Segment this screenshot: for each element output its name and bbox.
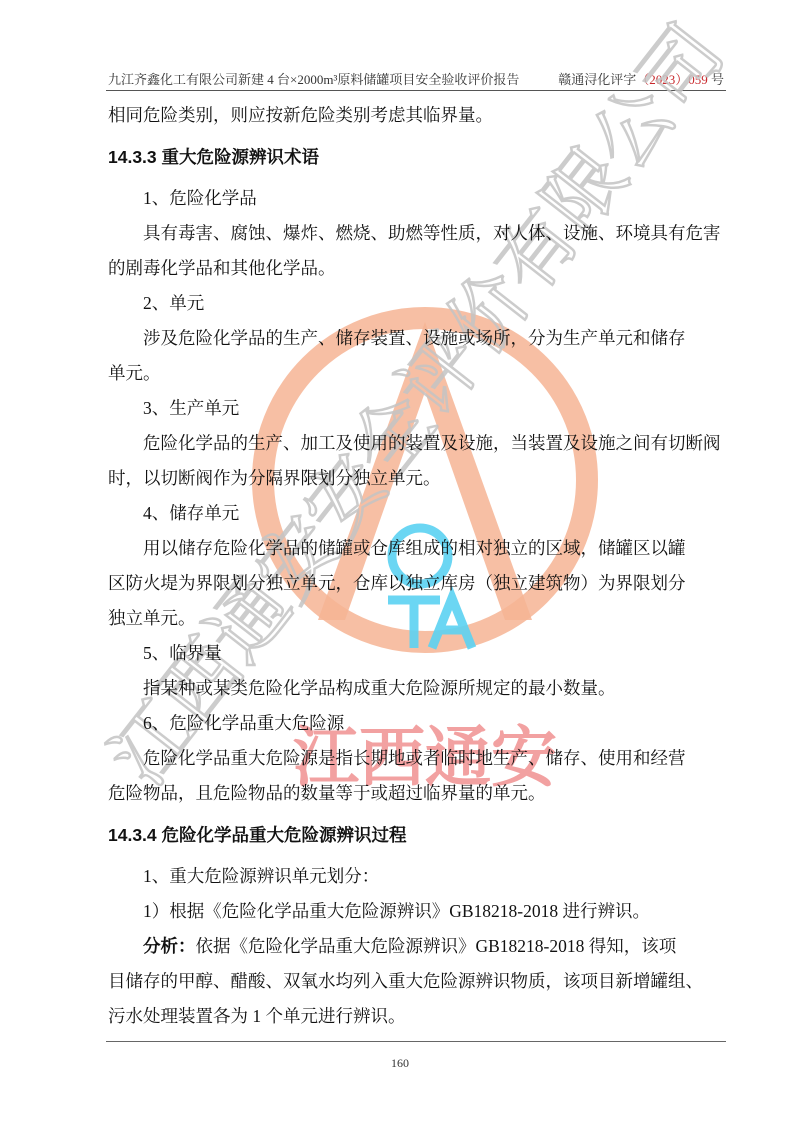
analysis-text: 目储存的甲醇、醋酸、双氧水均列入重大危险源辨识物质，该项目新增罐组、 [108, 964, 724, 999]
term-text: 危险化学品的生产、加工及使用的装置及设施，当装置及设施之间有切断阀 [108, 426, 724, 461]
document-body: 相同危险类别，则应按新危险类别考虑其临界量。 14.3.3 重大危险源辨识术语 … [108, 98, 724, 1034]
header-divider [106, 90, 726, 91]
term-text: 单元。 [108, 356, 724, 391]
term-text: 危险化学品重大危险源是指长期地或者临时地生产、储存、使用和经营 [108, 741, 724, 776]
analysis-paragraph: 分析：依据《危险化学品重大危险源辨识》GB18218-2018 得知，该项 [108, 929, 724, 964]
doc-no-year: （2023）059 [636, 72, 708, 87]
page-header: 九江齐鑫化工有限公司新建 4 台×2000m³原料储罐项目安全验收评价报告 赣通… [108, 66, 724, 88]
standard-reference-line: 1）根据《危险化学品重大危险源辨识》GB18218-2018 进行辨识。 [108, 894, 724, 929]
term-title: 3、生产单元 [108, 391, 724, 426]
doc-no-prefix: 赣通浔化评字 [558, 72, 636, 87]
term-text: 危险物品，且危险物品的数量等于或超过临界量的单元。 [108, 776, 724, 811]
section-heading-14-3-4: 14.3.4 危险化学品重大危险源辨识过程 [108, 817, 724, 853]
term-text: 用以储存危险化学品的储罐或仓库组成的相对独立的区域，储罐区以罐 [108, 531, 724, 566]
document-number: 赣通浔化评字（2023）059 号 [558, 69, 724, 88]
term-text: 具有毒害、腐蚀、爆炸、燃烧、助燃等性质，对人体、设施、环境具有危害 [108, 216, 724, 251]
term-title: 5、临界量 [108, 636, 724, 671]
document-page: 九江齐鑫化工有限公司新建 4 台×2000m³原料储罐项目安全验收评价报告 赣通… [0, 0, 800, 1131]
analysis-label: 分析： [143, 936, 196, 956]
term-text: 独立单元。 [108, 601, 724, 636]
analysis-text: 污水处理装置各为 1 个单元进行辨识。 [108, 999, 724, 1034]
term-text: 指某种或某类危险化学品构成重大危险源所规定的最小数量。 [108, 671, 724, 706]
page-number: 160 [0, 1056, 800, 1071]
term-text: 区防火堤为界限划分独立单元，仓库以独立库房（独立建筑物）为界限划分 [108, 566, 724, 601]
unit-division-line: 1、重大危险源辨识单元划分： [108, 859, 724, 894]
term-title: 4、储存单元 [108, 496, 724, 531]
term-title: 1、危险化学品 [108, 181, 724, 216]
term-text: 时，以切断阀作为分隔界限划分独立单元。 [108, 461, 724, 496]
section-heading-14-3-3: 14.3.3 重大危险源辨识术语 [108, 139, 724, 175]
doc-no-suffix: 号 [708, 72, 724, 87]
continued-paragraph: 相同危险类别，则应按新危险类别考虑其临界量。 [108, 98, 724, 133]
footer-divider [106, 1041, 726, 1042]
term-text: 涉及危险化学品的生产、储存装置、设施或场所，分为生产单元和储存 [108, 321, 724, 356]
term-text: 的剧毒化学品和其他化学品。 [108, 251, 724, 286]
term-title: 2、单元 [108, 286, 724, 321]
report-title: 九江齐鑫化工有限公司新建 4 台×2000m³原料储罐项目安全验收评价报告 [108, 69, 519, 88]
term-title: 6、危险化学品重大危险源 [108, 706, 724, 741]
